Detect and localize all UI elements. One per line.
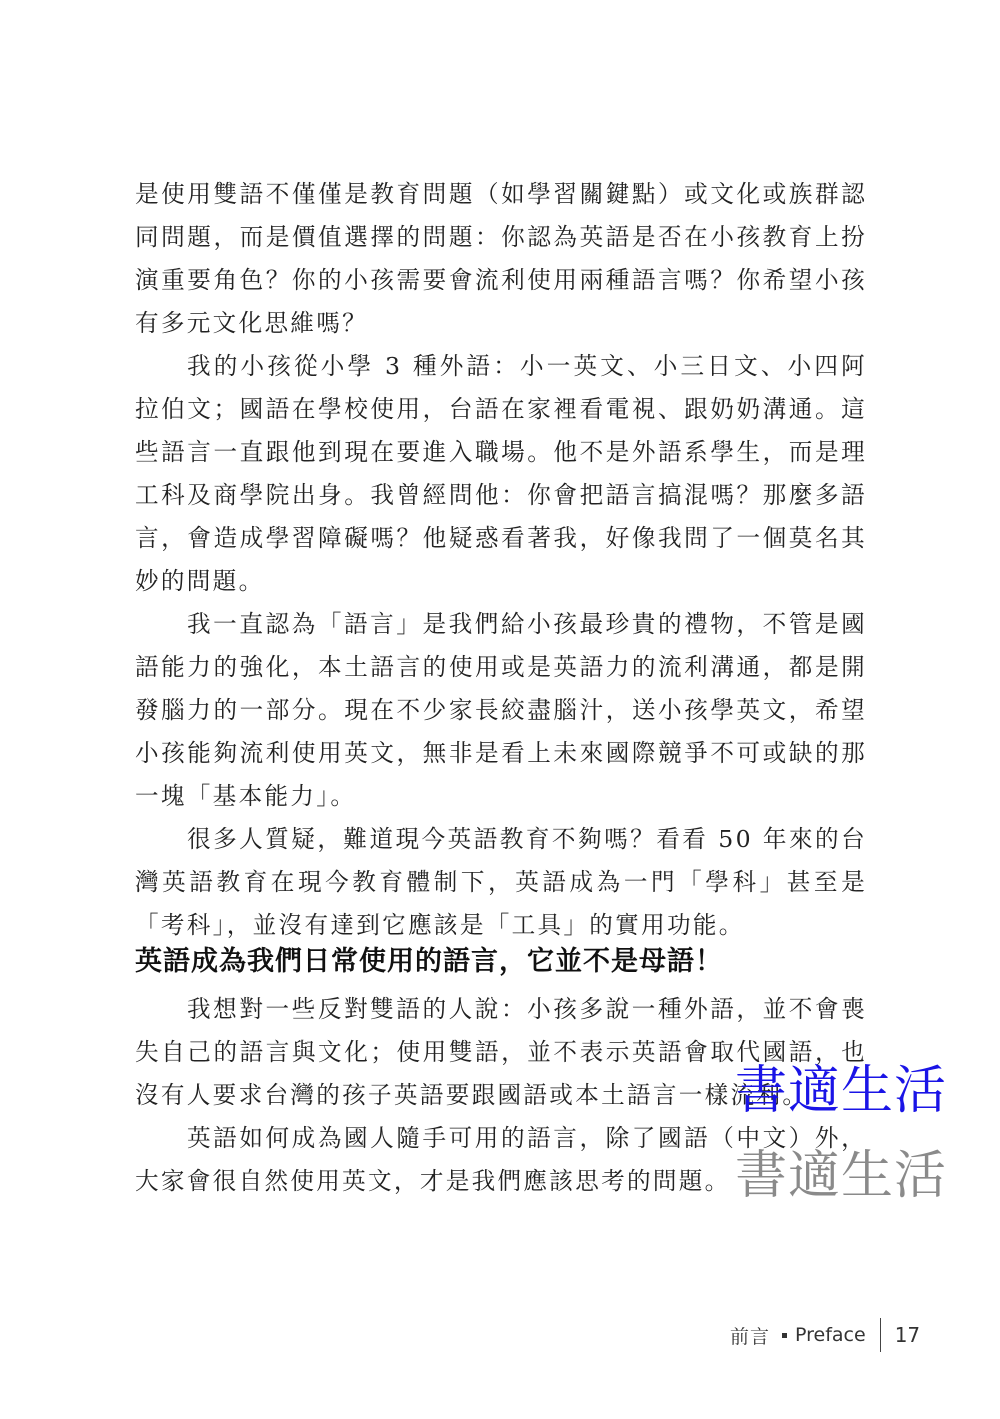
body-text-block-1: 是使用雙語不僅僅是教育問題（如學習關鍵點）或文化或族群認同問題，而是價值選擇的問… (135, 173, 867, 947)
bullet-separator-icon (782, 1333, 787, 1338)
footer-chapter-en: Preface (795, 1324, 866, 1346)
paragraph: 是使用雙語不僅僅是教育問題（如學習關鍵點）或文化或族群認同問題，而是價值選擇的問… (135, 173, 867, 345)
footer-chapter-cn: 前言 (730, 1322, 770, 1349)
book-page: 是使用雙語不僅僅是教育問題（如學習關鍵點）或文化或族群認同問題，而是價值選擇的問… (0, 0, 1000, 1419)
paragraph: 我一直認為「語言」是我們給小孩最珍貴的禮物，不管是國語能力的強化，本土語言的使用… (135, 603, 867, 818)
section-heading: 英語成為我們日常使用的語言，它並不是母語！ (135, 942, 723, 982)
watermark-gray: 書適生活 (735, 1146, 947, 1206)
watermark-blue: 書適生活 (735, 1061, 947, 1121)
page-number: 17 (895, 1323, 920, 1347)
footer-divider (880, 1318, 881, 1352)
paragraph: 很多人質疑，難道現今英語教育不夠嗎？看看 50 年來的台灣英語教育在現今教育體制… (135, 818, 867, 947)
page-footer: 前言 Preface 17 (730, 1318, 920, 1352)
paragraph: 我的小孩從小學 3 種外語：小一英文、小三日文、小四阿拉伯文；國語在學校使用，台… (135, 345, 867, 603)
